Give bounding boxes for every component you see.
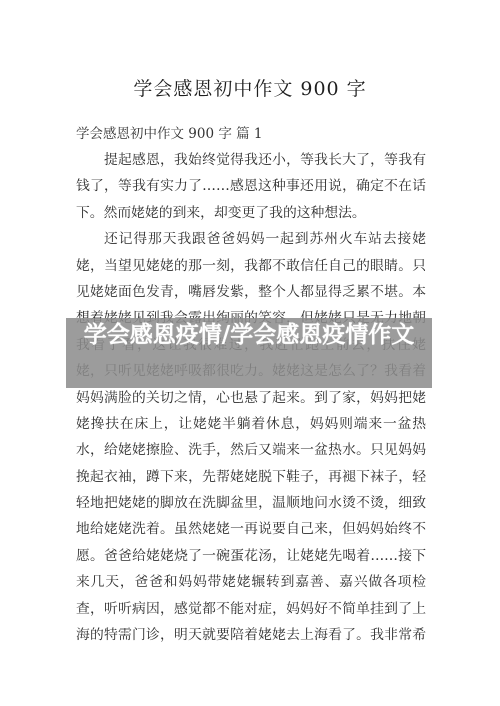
- body-line: 提起感恩，我始终觉得我还小，等我长大了，等我有: [76, 147, 426, 173]
- overlay-title: 学会感恩疫情/学会感恩疫情作文: [66, 320, 432, 350]
- body-line: 钱了，等我有实力了……感恩这种事还用说，确定不在话: [76, 173, 426, 199]
- document-subtitle: 学会感恩初中作文 900 字 篇 1: [76, 121, 263, 147]
- document-body: 提起感恩，我始终觉得我还小，等我长大了，等我有 钱了，等我有实力了……感恩这种事…: [76, 147, 426, 648]
- body-line: 轻地把姥姥的脚放在洗脚盆里，温顺地问水烫不烫，细致: [76, 490, 426, 516]
- body-line: 查，听听病因，感觉都不能对症，妈妈好不简单挂到了上: [76, 596, 426, 622]
- body-line: 下。然而姥姥的到来，却变更了我的这种想法。: [76, 200, 426, 226]
- body-line: 水，给姥姥擦脸、洗手，然后又端来一盆热水。只见妈妈: [76, 437, 426, 463]
- document-page: 学会感恩初中作文 900 字 学会感恩初中作文 900 字 篇 1 提起感恩，我…: [0, 0, 500, 706]
- body-line: 见姥姥面色发青，嘴唇发紫，整个人都显得乏累不堪。本: [76, 279, 426, 305]
- body-line: 海的特需门诊，明天就要陪着姥姥去上海看了。我非常希: [76, 622, 426, 648]
- body-line: 来几天，爸爸和妈妈带姥姥辗转到嘉善、嘉兴做各项检: [76, 569, 426, 595]
- body-line: 还记得那天我跟爸爸妈妈一起到苏州火车站去接姥: [76, 226, 426, 252]
- body-line: 挽起衣袖，蹲下来，先帮姥姥脱下鞋子，再褪下袜子，轻: [76, 464, 426, 490]
- document-title: 学会感恩初中作文 900 字: [0, 76, 500, 102]
- body-line: 愿。爸爸给姥姥烧了一碗蛋花汤，让姥姥先喝着……接下: [76, 543, 426, 569]
- body-line: 妈妈满脸的关切之情，心也悬了起来。到了家，妈妈把姥: [76, 385, 426, 411]
- body-line: 地给姥姥洗着。虽然姥姥一再说要自己来，但妈妈始终不: [76, 516, 426, 542]
- body-line: 姥，当望见姥姥的那一刻，我都不敢信任自己的眼睛。只: [76, 253, 426, 279]
- body-line: 姥搀扶在床上，让姥姥半躺着休息，妈妈则端来一盆热: [76, 411, 426, 437]
